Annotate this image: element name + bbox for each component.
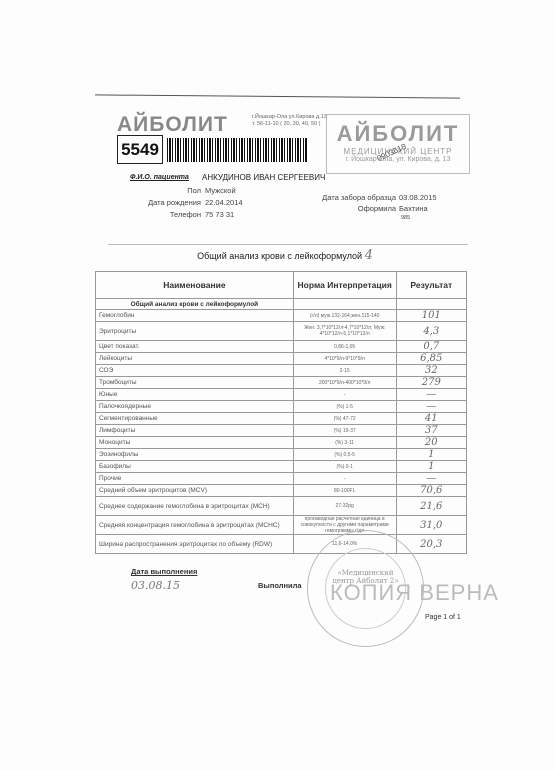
fio-label: Ф.И.О. пациента bbox=[130, 174, 189, 181]
table-row: Лимфоциты(%) 19-3737 bbox=[96, 425, 467, 437]
table-row: Базофилы(%) 0-11 bbox=[96, 461, 467, 473]
handwritten-mark: 4 bbox=[365, 248, 373, 263]
barcode bbox=[167, 138, 307, 162]
row-result: 70,6 bbox=[396, 485, 466, 497]
row-norm: (%) 19-37 bbox=[293, 425, 396, 437]
sex-value: Мужской bbox=[205, 186, 236, 195]
row-name: Лимфоциты bbox=[96, 425, 294, 437]
row-result: 20 bbox=[396, 437, 466, 449]
table-row: ЭритроцитыЖен: 3,7*10*12/л-4,7*10*12/л; … bbox=[96, 322, 467, 341]
row-result: — bbox=[396, 389, 466, 401]
clinic-address: г.Йошкар-Ола ул.Кирова д.13 т. 56-11-10 … bbox=[252, 114, 327, 128]
dob-label: Дата рождения bbox=[121, 198, 201, 207]
row-result: 1 bbox=[396, 449, 466, 461]
table-row: Гемоглобин(г/л) муж.132-164,жен.115-1401… bbox=[96, 310, 467, 322]
row-name: СОЭ bbox=[96, 365, 294, 377]
report-title-text: Общий анализ крови с лейкоформулой bbox=[197, 251, 362, 261]
row-result: 0,7 bbox=[396, 341, 466, 353]
patient-name: АНКУДИНОВ ИВАН СЕРГЕЕВИЧ bbox=[202, 173, 325, 182]
results-table: Наименование Норма Интерпретация Результ… bbox=[95, 271, 467, 554]
table-row: Моноциты(%) 3-1120 bbox=[96, 437, 467, 449]
performed-label: Выполнила bbox=[258, 581, 302, 590]
registered-label: Оформила bbox=[316, 204, 396, 213]
address-line1: г.Йошкар-Ола ул.Кирова д.13 bbox=[252, 114, 327, 121]
table-row: Лейкоциты4*10*9/л-9*10*9/л6,85 bbox=[96, 353, 467, 365]
table-row: Палочкоядерные(%) 1-5— bbox=[96, 401, 467, 413]
row-name: Моноциты bbox=[96, 437, 294, 449]
row-norm: Жен: 3,7*10*12/л-4,7*10*12/л; Муж: 4*10*… bbox=[293, 322, 396, 341]
col-result: Результат bbox=[396, 272, 466, 299]
row-result: — bbox=[396, 473, 466, 485]
registered-code: 985 bbox=[401, 215, 410, 221]
sex-label: Пол bbox=[121, 186, 201, 195]
top-rule bbox=[95, 94, 460, 98]
report-title: Общий анализ крови с лейкоформулой 4 bbox=[100, 248, 470, 263]
table-header: Наименование Норма Интерпретация Результ… bbox=[96, 272, 467, 299]
row-norm: - bbox=[293, 389, 396, 401]
date-value: 03.08.15 bbox=[131, 579, 180, 592]
row-norm: (%) 0,5-5 bbox=[293, 449, 396, 461]
copy-stamp: КОПИЯ ВЕРНА bbox=[330, 580, 499, 606]
row-name: Цвет показат. bbox=[96, 341, 294, 353]
row-name: Сегментированные bbox=[96, 413, 294, 425]
table-row: Средняя концентрация гемоглобина в эритр… bbox=[96, 516, 467, 535]
row-result: 4,3 bbox=[396, 322, 466, 341]
sample-date-label: Дата забора образца bbox=[276, 193, 396, 202]
row-result: 1 bbox=[396, 461, 466, 473]
address-line2: т. 56-11-10 ( 20, 30, 40, 50 ) bbox=[252, 121, 327, 128]
row-norm: 4*10*9/л-9*10*9/л bbox=[293, 353, 396, 365]
row-name: Ширина распространения эритроцитах по об… bbox=[96, 535, 294, 554]
table-row: Прочие-— bbox=[96, 473, 467, 485]
section-empty bbox=[293, 299, 396, 310]
section-empty bbox=[396, 299, 466, 310]
row-norm: (%) 47-72 bbox=[293, 413, 396, 425]
row-norm: (%) 1-5 bbox=[293, 401, 396, 413]
row-result: 21,6 bbox=[396, 497, 466, 516]
table-row: Юные-— bbox=[96, 389, 467, 401]
row-norm: 2-15 bbox=[293, 365, 396, 377]
section-title: Общий анализ крови с лейкоформулой bbox=[96, 299, 294, 310]
row-norm: (г/л) муж.132-164,жен.115-140 bbox=[293, 310, 396, 322]
phone-value: 75 73 31 bbox=[205, 210, 234, 219]
sample-date-value: 03.08.2015 bbox=[399, 193, 437, 202]
row-name: Эритроциты bbox=[96, 322, 294, 341]
table-row: Цвет показат.0,86-1,050,7 bbox=[96, 341, 467, 353]
row-name: Юные bbox=[96, 389, 294, 401]
table-row: СОЭ2-1532 bbox=[96, 365, 467, 377]
row-norm: 0,86-1,05 bbox=[293, 341, 396, 353]
registered-value: Бахтина bbox=[399, 204, 428, 213]
row-result: 32 bbox=[396, 365, 466, 377]
col-norm: Норма Интерпретация bbox=[293, 272, 396, 299]
row-name: Базофилы bbox=[96, 461, 294, 473]
phone-label: Телефон bbox=[121, 210, 201, 219]
dob-value: 22.04.2014 bbox=[205, 198, 243, 207]
section-row: Общий анализ крови с лейкоформулой bbox=[96, 299, 467, 310]
row-norm: (%) 0-1 bbox=[293, 461, 396, 473]
row-norm: - bbox=[293, 473, 396, 485]
table-row: Эозинофилы(%) 0,5-51 bbox=[96, 449, 467, 461]
row-norm: 80-100FL bbox=[293, 485, 396, 497]
row-result: 101 bbox=[396, 310, 466, 322]
col-name: Наименование bbox=[96, 272, 294, 299]
stamp-address: г. Йошкар-Ола, ул. Кирова, д. 13 bbox=[327, 156, 469, 163]
row-norm: 200*10*9/л-400*10*9/л bbox=[293, 377, 396, 389]
row-name: Эозинофилы bbox=[96, 449, 294, 461]
row-result: — bbox=[396, 401, 466, 413]
row-name: Средняя концентрация гемоглобина в эритр… bbox=[96, 516, 294, 535]
row-result: 37 bbox=[396, 425, 466, 437]
row-name: Тромбоциты bbox=[96, 377, 294, 389]
row-name: Средний объем эритроцитов (MCV) bbox=[96, 485, 294, 497]
sample-number: 5549 bbox=[117, 135, 163, 164]
date-label: Дата выполнения bbox=[131, 567, 197, 576]
row-result: 41 bbox=[396, 413, 466, 425]
table-row: Сегментированные(%) 47-7241 bbox=[96, 413, 467, 425]
row-name: Лейкоциты bbox=[96, 353, 294, 365]
row-name: Прочие bbox=[96, 473, 294, 485]
row-name: Среднее содержание гемоглобина в эритроц… bbox=[96, 497, 294, 516]
row-result: 279 bbox=[396, 377, 466, 389]
table-row: Среднее содержание гемоглобина в эритроц… bbox=[96, 497, 467, 516]
row-result: 31,0 bbox=[396, 516, 466, 535]
page-number: Page 1 of 1 bbox=[425, 614, 461, 621]
clinic-logo: АЙБОЛИТ bbox=[117, 113, 228, 137]
table-row: Тромбоциты200*10*9/л-400*10*9/л279 bbox=[96, 377, 467, 389]
row-name: Палочкоядерные bbox=[96, 401, 294, 413]
row-result: 6,85 bbox=[396, 353, 466, 365]
row-norm: 27-32pg bbox=[293, 497, 396, 516]
title-rule bbox=[108, 244, 468, 245]
table-row: Средний объем эритроцитов (MCV)80-100FL7… bbox=[96, 485, 467, 497]
row-name: Гемоглобин bbox=[96, 310, 294, 322]
row-norm: (%) 3-11 bbox=[293, 437, 396, 449]
